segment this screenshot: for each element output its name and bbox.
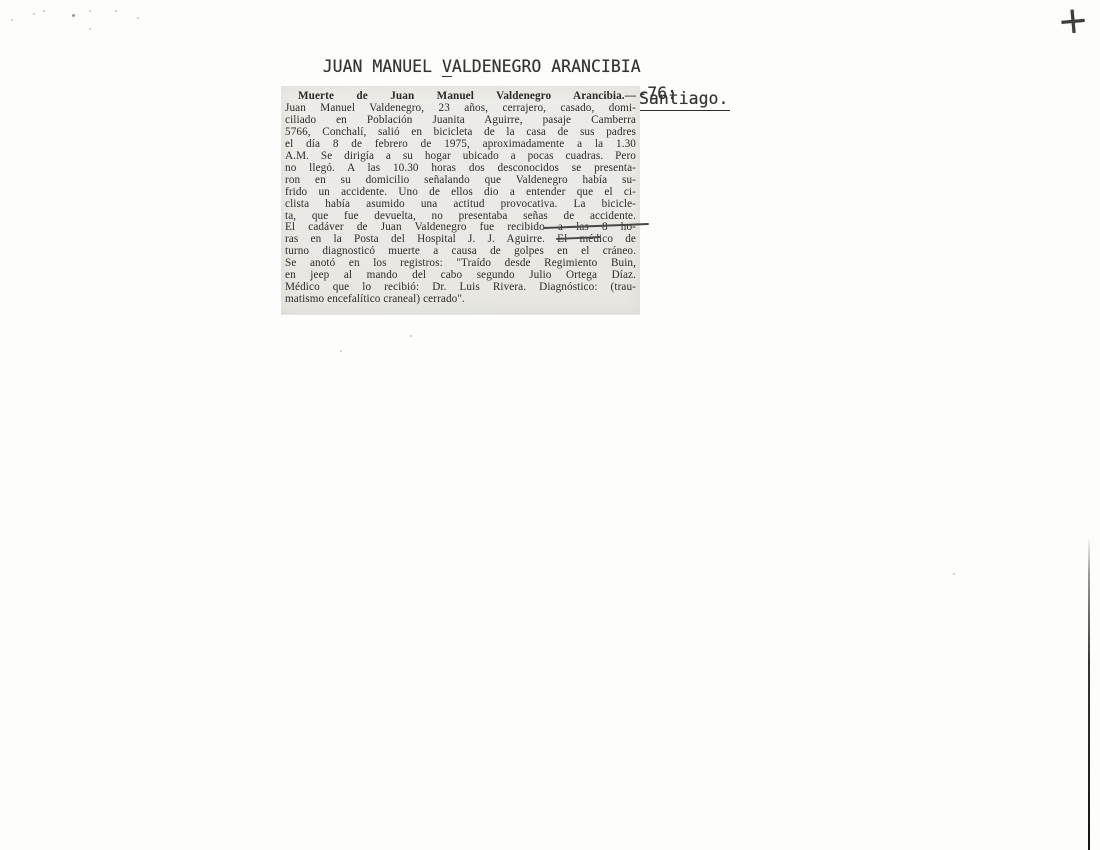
scan-speck [340, 350, 342, 352]
scan-speck [137, 17, 139, 19]
clipping-line: el día 8 de febrero de 1975, aproximadam… [285, 139, 636, 151]
clipping-line: no llegó. A las 10.30 horas dos desconoc… [285, 163, 636, 175]
clipping-line: ron en su domicilio señalando que Valden… [285, 175, 636, 187]
scan-speck [410, 335, 412, 337]
scan-speck [115, 10, 117, 12]
handwritten-cross-mark: + [1049, 0, 1097, 45]
newspaper-clipping: Muerte de Juan Manuel Valdenegro Arancib… [281, 86, 640, 314]
scanned-document-page: + JUAN MANUEL VALDENEGRO ARANCIBIA 2o in… [0, 0, 1100, 850]
scan-edge-line [1088, 538, 1090, 850]
margin-note-santiago: Santiago. [639, 89, 730, 111]
scan-speck [89, 10, 91, 12]
scan-speck [33, 13, 35, 15]
clipping-line: matismo encefalítico craneal) cerrado". [285, 294, 636, 306]
clipping-line: clista había asumido una actitud provoca… [285, 199, 636, 211]
scan-speck [43, 10, 45, 12]
scan-speck [89, 28, 91, 30]
scan-speck [953, 573, 955, 575]
scan-speck [72, 14, 75, 17]
clipping-line: frido un accidente. Uno de ellos dio a e… [285, 187, 636, 199]
clipping-line: A.M. Se dirigía a su hogar ubicado a poc… [285, 151, 636, 163]
scan-speck [11, 19, 13, 21]
